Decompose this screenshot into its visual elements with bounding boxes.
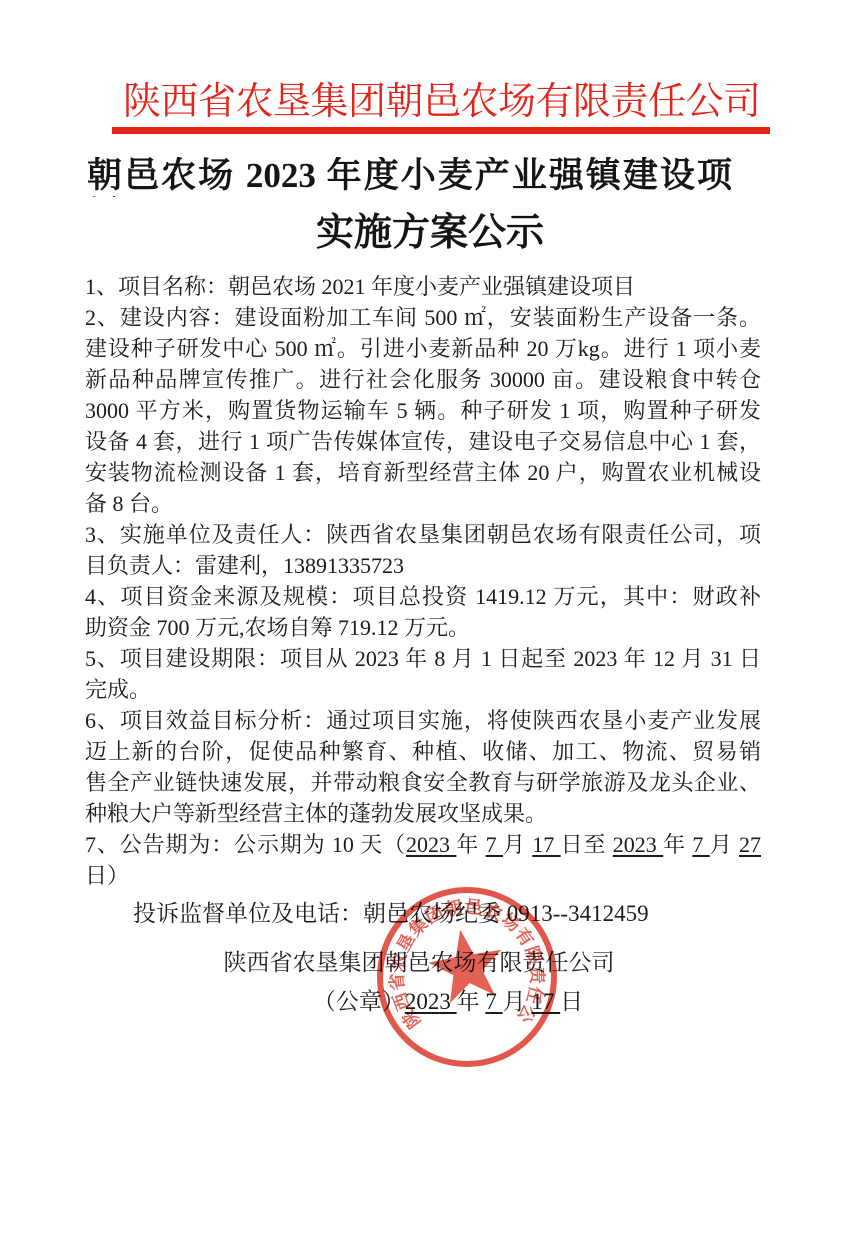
body-line: 目负责人：雷建利，13891335723 bbox=[85, 550, 761, 581]
underlined-date-number: 7 bbox=[486, 832, 503, 857]
underlined-date-number: 27 bbox=[739, 832, 761, 857]
company-header-title: 陕西省农垦集团朝邑农场有限责任公司 bbox=[123, 82, 773, 124]
body-line: 完成。 bbox=[85, 674, 761, 705]
text-run: 5、项目建设期限：项目从 2023 年 8 月 1 日起至 2023 年 12 … bbox=[85, 646, 761, 671]
underlined-date-number: 17 bbox=[532, 832, 560, 857]
body-line: 3、实施单位及责任人：陕西省农垦集团朝邑农场有限责任公司，项 bbox=[85, 519, 761, 550]
body-line: 种粮大户等新型经营主体的蓬勃发展攻坚成果。 bbox=[85, 798, 761, 829]
text-run: 2、建设内容：建设面粉加工车间 500 ㎡，安装面粉生产设备一条。 bbox=[85, 305, 761, 330]
body-line: 备 8 台。 bbox=[85, 488, 761, 519]
body-line: 售全产业链快速发展，并带动粮食安全教育与研学旅游及龙头企业、 bbox=[85, 767, 761, 798]
text-run: 种粮大户等新型经营主体的蓬勃发展攻坚成果。 bbox=[85, 801, 547, 826]
header-underline-rule bbox=[112, 127, 770, 134]
body-line: 安装物流检测设备 1 套，培育新型经营主体 20 户，购置农业机械设 bbox=[85, 457, 761, 488]
document-title-line2: 实施方案公示 bbox=[0, 212, 860, 256]
body-line: 4、项目资金来源及规模：项目总投资 1419.12 万元，其中：财政补 bbox=[85, 581, 761, 612]
underlined-date-number: 7 bbox=[692, 832, 709, 857]
notice-body: 1、项目名称：朝邑农场 2021 年度小麦产业强镇建设项目2、建设内容：建设面粉… bbox=[85, 271, 761, 891]
underlined-date-number: 2023 bbox=[613, 832, 663, 857]
text-run: 年 bbox=[456, 832, 485, 857]
text-run: 月 bbox=[503, 832, 532, 857]
text-run: 1、项目名称：朝邑农场 2021 年度小麦产业强镇建设项目 bbox=[85, 274, 635, 299]
text-run: 完成。 bbox=[85, 677, 151, 702]
text-run: 日） bbox=[85, 863, 129, 888]
text-run: 售全产业链快速发展，并带动粮食安全教育与研学旅游及龙头企业、 bbox=[85, 770, 761, 795]
text-run: 安装物流检测设备 1 套，培育新型经营主体 20 户，购置农业机械设 bbox=[85, 460, 761, 485]
text-run: 迈上新的台阶，促使品种繁育、种植、收储、加工、物流、贸易销 bbox=[85, 739, 761, 764]
text-run: 7、公告期为：公示期为 10 天（ bbox=[85, 832, 406, 857]
text-run: 3、实施单位及责任人：陕西省农垦集团朝邑农场有限责任公司，项 bbox=[85, 522, 761, 547]
seal-star-icon bbox=[424, 923, 509, 1005]
text-run: 4、项目资金来源及规模：项目总投资 1419.12 万元，其中：财政补 bbox=[85, 584, 761, 609]
document-title-line1: 朝邑农场 2023 年度小麦产业强镇建设项目 bbox=[87, 157, 732, 197]
notice-document-page: 陕西省农垦集团朝邑农场有限责任公司 朝邑农场 2023 年度小麦产业强镇建设项目… bbox=[0, 0, 860, 1246]
body-line: 建设种子研发中心 500 ㎡。引进小麦新品种 20 万kg。进行 1 项小麦 bbox=[85, 333, 761, 364]
text-run: 设备 4 套，进行 1 项广告传媒体宣传，建设电子交易信息中心 1 套， bbox=[85, 429, 761, 454]
body-line: 2、建设内容：建设面粉加工车间 500 ㎡，安装面粉生产设备一条。 bbox=[85, 302, 761, 333]
text-run: 目负责人：雷建利，13891335723 bbox=[85, 553, 404, 578]
body-line: 迈上新的台阶，促使品种繁育、种植、收储、加工、物流、贸易销 bbox=[85, 736, 761, 767]
text-run: 建设种子研发中心 500 ㎡。引进小麦新品种 20 万kg。进行 1 项小麦 bbox=[85, 336, 761, 361]
text-run: 助资金 700 万元,农场自筹 719.12 万元。 bbox=[85, 615, 470, 640]
text-run: 新品种品牌宣传推广。进行社会化服务 30000 亩。建设粮食中转仓 bbox=[85, 367, 761, 392]
body-line: 5、项目建设期限：项目从 2023 年 8 月 1 日起至 2023 年 12 … bbox=[85, 643, 761, 674]
underlined-date-number: 2023 bbox=[406, 832, 456, 857]
text-run: 月 bbox=[710, 832, 739, 857]
text-run: 日 bbox=[560, 989, 583, 1014]
official-seal: 陕西省农垦集团朝邑农场有限责任公司 bbox=[372, 882, 562, 1072]
text-run: 备 8 台。 bbox=[85, 491, 173, 516]
text-run: 日至 bbox=[561, 832, 613, 857]
text-run: 6、项目效益目标分析：通过项目实施，将使陕西农垦小麦产业发展 bbox=[85, 708, 761, 733]
body-line: 助资金 700 万元,农场自筹 719.12 万元。 bbox=[85, 612, 761, 643]
body-line: 6、项目效益目标分析：通过项目实施，将使陕西农垦小麦产业发展 bbox=[85, 705, 761, 736]
body-line: 3000 平方米，购置货物运输车 5 辆。种子研发 1 项，购置种子研发 bbox=[85, 395, 761, 426]
body-line: 新品种品牌宣传推广。进行社会化服务 30000 亩。建设粮食中转仓 bbox=[85, 364, 761, 395]
text-run: 3000 平方米，购置货物运输车 5 辆。种子研发 1 项，购置种子研发 bbox=[85, 398, 761, 423]
body-line: 设备 4 套，进行 1 项广告传媒体宣传，建设电子交易信息中心 1 套， bbox=[85, 426, 761, 457]
body-line: 1、项目名称：朝邑农场 2021 年度小麦产业强镇建设项目 bbox=[85, 271, 761, 302]
text-run: 年 bbox=[663, 832, 692, 857]
body-line: 7、公告期为：公示期为 10 天（2023 年 7 月 17 日至 2023 年… bbox=[85, 829, 761, 860]
